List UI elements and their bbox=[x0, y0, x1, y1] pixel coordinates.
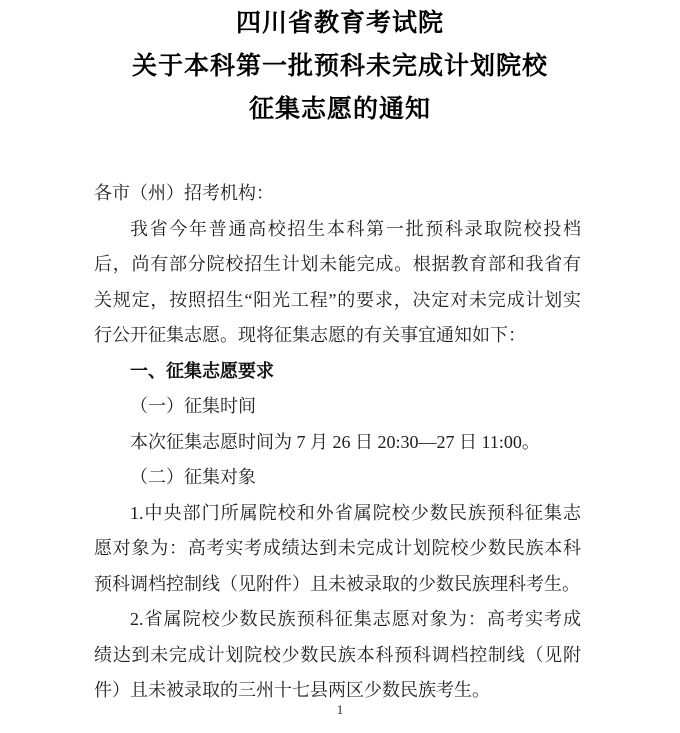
item-1-line-2: 愿对象为：高考实考成绩达到未完成计划院校少数民族本科 bbox=[94, 531, 581, 567]
document-body: 各市（州）招考机构： 我省今年普通高校招生本科第一批预科录取院校投档 后，尚有部… bbox=[94, 176, 581, 709]
item-1-line-3: 预科调档控制线（见附件）且未被录取的少数民族理科考生。 bbox=[94, 567, 581, 603]
item-1-line-1: 1.中央部门所属院校和外省属院校少数民族预科征集志 bbox=[94, 496, 581, 532]
collection-time-line: 本次征集志愿时间为 7 月 26 日 20:30—27 日 11:00。 bbox=[94, 425, 581, 461]
salutation: 各市（州）招考机构： bbox=[94, 176, 581, 212]
page-number: 1 bbox=[0, 702, 680, 718]
document-title-line-1: 四川省教育考试院 bbox=[0, 2, 680, 45]
document-title: 四川省教育考试院 关于本科第一批预科未完成计划院校 征集志愿的通知 bbox=[0, 2, 680, 131]
document-page: 四川省教育考试院 关于本科第一批预科未完成计划院校 征集志愿的通知 各市（州）招… bbox=[0, 0, 680, 733]
intro-paragraph-line-3: 关规定，按照招生“阳光工程”的要求，决定对未完成计划实 bbox=[94, 283, 581, 319]
document-title-line-2: 关于本科第一批预科未完成计划院校 bbox=[0, 45, 680, 88]
intro-paragraph-line-1: 我省今年普通高校招生本科第一批预科录取院校投档 bbox=[94, 212, 581, 248]
section-1-heading: 一、征集志愿要求 bbox=[94, 354, 581, 390]
document-title-line-3: 征集志愿的通知 bbox=[0, 88, 680, 131]
subsection-1-heading: （一）征集时间 bbox=[94, 389, 581, 425]
intro-paragraph-line-4: 行公开征集志愿。现将征集志愿的有关事宜通知如下： bbox=[94, 318, 581, 354]
item-2-line-1: 2.省属院校少数民族预科征集志愿对象为：高考实考成 bbox=[94, 602, 581, 638]
intro-paragraph-line-2: 后，尚有部分院校招生计划未能完成。根据教育部和我省有 bbox=[94, 247, 581, 283]
subsection-2-heading: （二）征集对象 bbox=[94, 460, 581, 496]
item-2-line-2: 绩达到未完成计划院校少数民族本科预科调档控制线（见附 bbox=[94, 638, 581, 674]
